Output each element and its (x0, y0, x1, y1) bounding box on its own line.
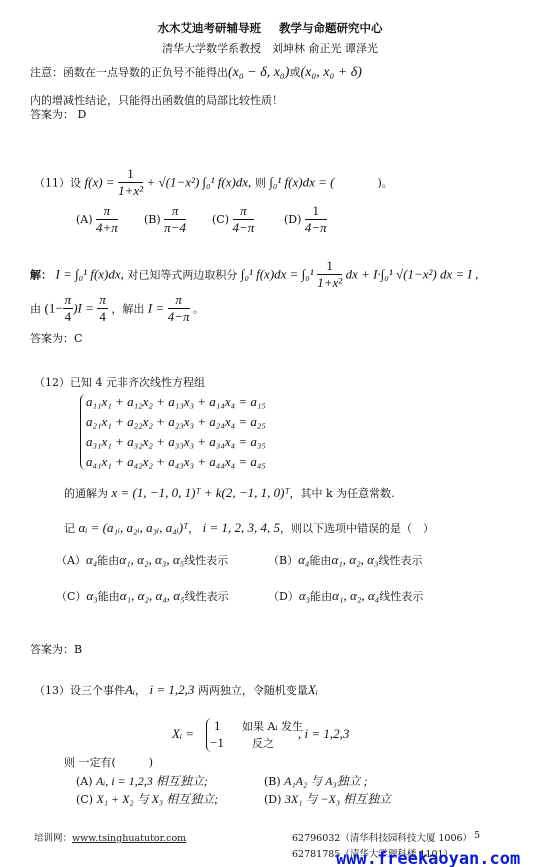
equation-4: a₄₁x₁ + a₄₂x₂ + a₄₃x₃ + a₄₄x₄ = a₄₅ (86, 454, 266, 470)
q12-option-a: （A）α₄能由α₁, α₂, α₃, α₅线性表示 (56, 552, 228, 568)
general-solution-formula: x = (1, −1, 0, 1)ᵀ + k(2, −1, 1, 0)ᵀ (112, 485, 290, 500)
watermark: www.freekaoyan.com (336, 849, 520, 867)
q13-stem: （13）设三个事件Aᵢ， i = 1,2,3 两两独立，令随机变量Xᵢ (34, 682, 318, 698)
q11-close: )。 (377, 177, 392, 190)
q13-option-d: (D) 3X₁ 与 −X₃ 相互独立 (264, 790, 391, 807)
equation-2: a₂₁x₁ + a₂₂x₂ + a₂₃x₃ + a₂₄x₄ = a₂₅ (86, 414, 266, 430)
header-org: 水木艾迪考研辅导班 (158, 21, 262, 35)
q12-definition: 记 αᵢ = (a₁ᵢ, a₂ᵢ, a₃ᵢ, a₄ᵢ)ᵀ， i = 1, 2, … (64, 520, 434, 536)
note-or: 或 (289, 66, 300, 79)
alpha-definition: αᵢ = (a₁ᵢ, a₂ᵢ, a₃ᵢ, a₄ᵢ)ᵀ (79, 520, 189, 535)
equation-1: a₁₁x₁ + a₁₂x₂ + a₁₃x₃ + a₁₄x₄ = a₁₅ (86, 394, 266, 410)
q12-stem: （12）已知 4 元非齐次线性方程组 (34, 374, 205, 390)
q12-general-solution: 的通解为 x = (1, −1, 0, 1)ᵀ + k(2, −1, 1, 0)… (64, 485, 395, 501)
note-answer: 答案为： D (30, 106, 86, 122)
note-line-1: 注意：函数在一点导数的正负号不能得出(x₀ − δ, x₀)或(x₀, x₀ +… (30, 64, 362, 81)
page-header-title: 水木艾迪考研辅导班教学与命题研究中心 (0, 20, 540, 36)
footer-phone-1: 62796032（清华科技园科技大厦 1006） (292, 830, 472, 844)
q11-rest: + √(1−x²) ∫₀¹ f(x)dx, (147, 175, 252, 190)
q11-option-a: (A) π4+π (76, 203, 118, 236)
interval-2: (x₀, x₀ + δ) (300, 65, 361, 80)
q12-option-b: （B）α₄能由α₁, α₂, α₃线性表示 (268, 552, 422, 568)
q11-stem: （11）设 f(x) = 1 1+x² + √(1−x²) ∫₀¹ f(x)dx… (34, 166, 393, 199)
q13-option-a: (A) Aᵢ, i = 1,2,3 相互独立; (76, 772, 208, 789)
footer-site: 培训网：www.tsinghuatutor.com (34, 830, 186, 844)
equation-3: a₃₁x₁ + a₃₂x₂ + a₃₃x₃ + a₃₄x₄ = a₃₅ (86, 434, 266, 450)
q11-answer: 答案为：C (30, 330, 82, 346)
q12-option-d: （D）α₃能由α₁, α₂, α₄线性表示 (268, 588, 423, 604)
q11-fx: f(x) = (85, 175, 115, 190)
q11-option-c: (C) π4−π (212, 203, 254, 236)
q11-solution-line-2: 由 (1−π4)I = π4 ，解出 I = π4−π 。 (30, 292, 204, 325)
q12-answer: 答案为：B (30, 641, 82, 657)
q13-option-c: (C) X₁ + X₂ 与 X₃ 相互独立; (76, 790, 218, 807)
q11-label: （11）设 (34, 177, 81, 190)
q11-integral: ∫₀¹ f(x)dx = ( (269, 175, 334, 190)
note-text: 注意：函数在一点导数的正负号不能得出 (30, 66, 228, 79)
q11-fraction: 1 1+x² (118, 166, 143, 199)
header-center: 教学与命题研究中心 (279, 21, 383, 35)
q13-option-b: (B) A₁A₂ 与 A₃独立 ; (264, 772, 368, 789)
q11-option-b: (B) ππ−4 (144, 203, 186, 236)
q11-solution-line-1: 解： I = ∫₀¹ f(x)dx, 对已知等式两边取积分 ∫₀¹ f(x)dx… (30, 258, 478, 291)
page-number: 5 (474, 830, 480, 841)
q12-option-c: （C）α₃能由α₁, α₂, α₄, α₅线性表示 (56, 588, 229, 604)
q11-option-d: (D) 14−π (284, 203, 327, 236)
page-header-authors: 清华大学数学系教授 刘坤林 俞正光 谭泽光 (0, 40, 540, 56)
site-link[interactable]: www.tsinghuatutor.com (72, 833, 186, 844)
interval-1: (x₀ − δ, x₀) (228, 65, 289, 80)
q13-then: 则 一定有( ) (64, 754, 153, 770)
solution-label: 解： (30, 269, 52, 282)
q11-then: 则 (255, 177, 266, 190)
